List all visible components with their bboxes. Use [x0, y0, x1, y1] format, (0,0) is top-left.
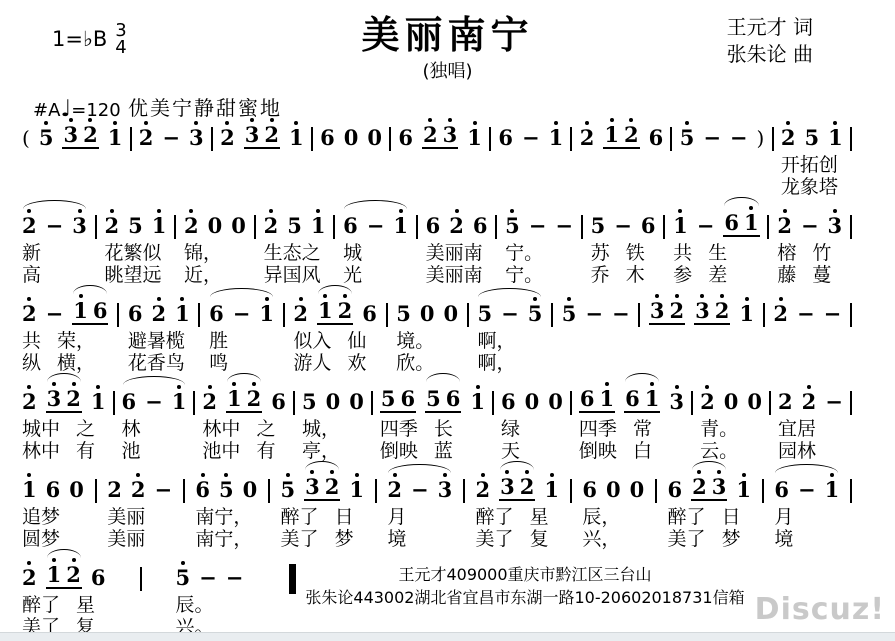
note-number: 2: [22, 391, 37, 413]
note: 1: [549, 121, 564, 149]
beam-group: 32: [244, 118, 280, 149]
note-number: 2: [131, 479, 146, 501]
note-number: 5: [562, 303, 577, 325]
lyrics-verse-2: [649, 353, 754, 374]
score-line: 2321城中 之林中 有6−1林池2126林中 之池中 有500城，亭，5656…: [22, 383, 852, 467]
note-group: 2: [107, 473, 122, 501]
note-number: 6: [128, 303, 143, 325]
note-number: −: [154, 479, 172, 501]
notes-row: 251: [105, 207, 167, 237]
note-number: 1: [825, 479, 840, 501]
note: 5: [302, 385, 317, 413]
note-group: 1: [828, 121, 843, 149]
note: 6: [473, 209, 488, 237]
note-number: 5: [281, 479, 296, 501]
measure: 6231: [398, 119, 482, 198]
note-number: 3: [47, 388, 62, 410]
note-number: 5: [381, 388, 396, 410]
note: 1: [825, 473, 840, 501]
note-number: 2: [107, 479, 122, 501]
note-group: 6: [668, 473, 683, 501]
lyrics-verse-2: [498, 177, 563, 198]
note: 0: [69, 473, 84, 501]
note-group: 0: [724, 385, 739, 413]
measure: 2−16共 荣，纵 横，: [22, 295, 108, 374]
note-group: 0: [349, 385, 364, 413]
notes-row: (5321: [22, 119, 122, 149]
note-group: 0: [747, 385, 762, 413]
note: 3: [650, 294, 665, 322]
note-number: 1: [289, 127, 304, 149]
note: 6: [128, 297, 143, 325]
note-group: −: [703, 121, 721, 149]
note-number: 2: [387, 479, 402, 501]
note: 5: [804, 121, 819, 149]
note: −: [797, 297, 815, 325]
note: 6: [641, 209, 656, 237]
note-number: 5: [396, 303, 411, 325]
measure: 5−−宁。宁。: [505, 207, 573, 286]
lyrics-verse-2: 眺望远: [105, 265, 167, 286]
measure: 56561四季 长倒映 蓝: [380, 383, 485, 462]
meter-denominator: 4: [115, 39, 126, 56]
note: 1: [739, 297, 754, 325]
notes-row: 22−: [778, 383, 843, 413]
lyrics-verse-2: 池中 有: [202, 441, 286, 462]
bottom-bar: [0, 632, 895, 641]
note-group: 0: [630, 473, 645, 501]
lyrics-verse-1: 月: [387, 507, 452, 528]
note-group: 5: [176, 561, 191, 589]
note-number: 3: [650, 300, 665, 322]
note: 1: [152, 209, 167, 237]
note: 6: [398, 121, 413, 149]
lyrics-verse-1: 绿: [501, 419, 563, 440]
lyrics-verse-2: 林中 有: [22, 441, 106, 462]
measure: 61613四季 常倒映 白: [579, 383, 684, 462]
note: 6: [446, 382, 461, 410]
note-number: 2: [778, 391, 793, 413]
note: 2: [476, 473, 491, 501]
lyrics-verse-2: [22, 177, 122, 198]
note-number: 2: [151, 303, 166, 325]
lyrics-verse-1: 追梦: [22, 507, 84, 528]
note-number: −: [233, 303, 251, 325]
note: 2: [220, 121, 235, 149]
note-group: 2: [293, 297, 308, 325]
lyrics-verse-1: [220, 155, 304, 176]
note: 1: [349, 473, 364, 501]
note-group: 1: [152, 209, 167, 237]
note: 3: [712, 470, 727, 498]
lyrics-verse-2: [562, 353, 630, 374]
note-group: 2: [802, 385, 817, 413]
note-group: −: [522, 121, 540, 149]
note: 2: [66, 382, 81, 410]
note: 5: [281, 473, 296, 501]
note: 0: [243, 473, 258, 501]
note: 0: [525, 385, 540, 413]
note-group: 6: [362, 297, 377, 325]
note: 6: [400, 382, 415, 410]
notes-row: 2126: [202, 383, 286, 413]
barline: [581, 215, 583, 239]
note-group: 6: [91, 561, 106, 589]
lyrics-verse-2: 南宁，: [195, 529, 257, 550]
notes-row: 2−3: [139, 119, 204, 149]
note-group: 5: [505, 209, 520, 237]
note-number: −: [411, 479, 429, 501]
measure: 5321醉了 日美了 梦: [281, 471, 365, 550]
discuz-watermark: Discuz!: [755, 592, 885, 627]
measure: 251开拓创龙象塔: [781, 119, 843, 198]
notes-row: 1−61: [673, 207, 759, 237]
note-number: −: [501, 303, 519, 325]
note: −: [801, 209, 819, 237]
note: 0: [367, 121, 382, 149]
note-group: 6: [641, 209, 656, 237]
note-group: 1: [739, 297, 754, 325]
measure: 22−宜居园林: [778, 383, 843, 462]
note: 1: [73, 294, 88, 322]
note-number: −: [614, 215, 632, 237]
note-number: −: [162, 127, 180, 149]
note-group: −: [529, 209, 547, 237]
lyrics-verse-1: [320, 155, 382, 176]
notes-row: 5−−): [680, 119, 765, 149]
measure: 2321醉了 星美了 复: [476, 471, 560, 550]
note: −: [162, 121, 180, 149]
measure: 500城，亭，: [302, 383, 364, 462]
note-number: 0: [367, 127, 382, 149]
note-number: 1: [22, 479, 37, 501]
notes-row: 61613: [579, 383, 684, 413]
note-number: 0: [724, 391, 739, 413]
note-number: 3: [443, 124, 458, 146]
note-number: 6: [122, 391, 137, 413]
note-number: 6: [46, 479, 61, 501]
lyrics-verse-1: [22, 155, 122, 176]
note-group: 6: [398, 121, 413, 149]
slur-group: 6−1: [122, 385, 187, 413]
note-group: −: [162, 121, 180, 149]
note-number: −: [825, 391, 843, 413]
notes-row: 200: [700, 383, 762, 413]
slur-group: 32: [46, 382, 82, 413]
note-number: 2: [184, 215, 199, 237]
note: 0: [606, 473, 621, 501]
notes-row: 2−3: [387, 471, 452, 501]
note-number: 2: [22, 303, 37, 325]
note-number: 1: [673, 215, 688, 237]
measure: 650南宁，南宁，: [195, 471, 257, 550]
measure: 2−−: [773, 295, 841, 374]
note: 5: [505, 209, 520, 237]
note: −: [46, 297, 64, 325]
note: 6: [271, 385, 286, 413]
barline: [254, 215, 256, 239]
slur-group: 61: [624, 382, 660, 413]
note-number: 5: [505, 215, 520, 237]
notes-row: 5−−: [562, 295, 630, 325]
note: 2: [520, 470, 535, 498]
note: 5: [591, 209, 606, 237]
notes-row: 2321: [476, 471, 560, 501]
note-number: −: [697, 215, 715, 237]
note-number: 2: [580, 127, 595, 149]
barline: [375, 479, 377, 503]
credits: 王元才 词 张朱论 曲: [727, 14, 813, 68]
beam-group: 61: [579, 382, 615, 413]
note: −: [555, 209, 573, 237]
notes-row: 5−6: [591, 207, 656, 237]
note: 2: [387, 473, 402, 501]
slur-group: 12: [226, 382, 262, 413]
barline: [130, 127, 132, 151]
measure: 621避暑榄花香鸟: [128, 295, 190, 374]
notes-row: 500: [396, 295, 458, 325]
barline: [95, 479, 97, 503]
measure: 600绿天: [501, 383, 563, 462]
lyrics-verse-2: 欣。: [396, 353, 458, 374]
note: 5: [680, 121, 695, 149]
note-number: −: [522, 127, 540, 149]
note-group: 2: [773, 297, 788, 325]
note-number: 1: [172, 391, 187, 413]
note: 5: [39, 121, 54, 149]
lyrics-verse-1: 避暑榄: [128, 331, 190, 352]
barline: [638, 303, 640, 327]
lyrics-verse-1: 共 荣，: [22, 331, 108, 352]
note: 0: [548, 385, 563, 413]
lyrics-verse-1: 南宁，: [195, 507, 257, 528]
note-number: 0: [630, 479, 645, 501]
note-number: 5: [39, 127, 54, 149]
note-number: 0: [326, 391, 341, 413]
lyrics-verse-2: 乔 木: [591, 265, 656, 286]
note-group: 2: [151, 297, 166, 325]
note: 3: [443, 118, 458, 146]
note: 1: [22, 473, 37, 501]
barline: [570, 127, 572, 151]
note-number: −: [801, 215, 819, 237]
barline: [211, 127, 213, 151]
barline: [333, 215, 335, 239]
lyrics-verse-2: 鸣: [209, 353, 274, 374]
barline: [193, 391, 195, 415]
composer: 张朱论 曲: [727, 41, 813, 68]
slur-group: 32: [499, 470, 535, 501]
notes-row: 5321: [281, 471, 365, 501]
note: 6: [209, 297, 224, 325]
notes-row: 626: [426, 207, 488, 237]
lyrics-verse-2: 倒映 蓝: [380, 441, 485, 462]
note: 1: [604, 118, 619, 146]
note-number: 2: [325, 476, 340, 498]
notes-row: 2126: [293, 295, 377, 325]
note-group: 2: [105, 209, 120, 237]
note: −: [824, 297, 842, 325]
key-text: 1=♭B: [52, 27, 107, 51]
measure: 2126醉了 星美了 复: [22, 559, 106, 638]
notes-row: 600: [501, 383, 563, 413]
note-group: 2: [131, 473, 146, 501]
note-number: 6: [625, 388, 640, 410]
note-group: 6: [426, 209, 441, 237]
lyrics-verse-2: 高: [22, 265, 87, 286]
lyrics-verse-2: 美了 复: [476, 529, 560, 550]
note-number: 6: [93, 300, 108, 322]
note: −: [798, 473, 816, 501]
note: 0: [724, 385, 739, 413]
note-number: 2: [338, 300, 353, 322]
notes-row: 2−3: [777, 207, 842, 237]
note: 2: [66, 558, 81, 586]
note-number: 2: [66, 388, 81, 410]
notes-row: 2126: [22, 559, 106, 589]
barline: [850, 479, 852, 503]
lyrics-verse-2: 云。: [700, 441, 762, 462]
note-group: 0: [443, 297, 458, 325]
note-number: 2: [520, 476, 535, 498]
measure: 2−3月境: [387, 471, 452, 550]
note: 3: [63, 118, 78, 146]
note: 5: [562, 297, 577, 325]
measure: 600: [320, 119, 382, 198]
note: 2: [715, 294, 730, 322]
note-number: 2: [139, 127, 154, 149]
note-number: 3: [695, 300, 710, 322]
note: 6: [362, 297, 377, 325]
note: 2: [22, 385, 37, 413]
note-group: 1: [544, 473, 559, 501]
note: −: [501, 297, 519, 325]
key-signature: 1=♭B 3 4: [52, 22, 127, 56]
barline: [198, 303, 200, 327]
note: 0: [231, 209, 246, 237]
note-number: 6: [426, 215, 441, 237]
note-number: 2: [802, 391, 817, 413]
note-number: 2: [264, 124, 279, 146]
score-line: 2−16共 荣，纵 横，621避暑榄花香鸟6−1胜鸣2126似入 仙游人 欢50…: [22, 295, 852, 379]
measure: 160追梦圆梦: [22, 471, 84, 550]
note: 2: [423, 118, 438, 146]
note-number: 5: [804, 127, 819, 149]
note: 3: [828, 209, 843, 237]
lyrics-verse-2: [139, 177, 204, 198]
note-group: 2: [139, 121, 154, 149]
note-number: 2: [777, 215, 792, 237]
note-number: −: [367, 215, 385, 237]
note: −: [825, 385, 843, 413]
note-number: 2: [264, 215, 279, 237]
note-group: 0: [367, 121, 382, 149]
note-number: 2: [476, 479, 491, 501]
note: −: [612, 297, 630, 325]
note-number: −: [798, 479, 816, 501]
note-group: 1: [22, 473, 37, 501]
note-group: 2: [449, 209, 464, 237]
lyrics-verse-1: [398, 155, 482, 176]
barline: [767, 215, 769, 239]
lyrics-verse-2: 天: [501, 441, 563, 462]
measure: 200青。云。: [700, 383, 762, 462]
lyrics-verse-2: 宁。: [505, 265, 573, 286]
notes-row: 2321: [22, 383, 106, 413]
note-group: 5: [562, 297, 577, 325]
note-group: 0: [344, 121, 359, 149]
note-group: 0: [69, 473, 84, 501]
note: 2: [449, 209, 464, 237]
note-number: 6: [580, 388, 595, 410]
note: 6: [580, 382, 595, 410]
note: 5: [287, 209, 302, 237]
note-number: 6: [446, 388, 461, 410]
note-group: 2: [220, 121, 235, 149]
measure: 5−5啊，啊，: [477, 295, 542, 374]
note: 5: [176, 561, 191, 589]
note: 1: [470, 385, 485, 413]
note-group: 5: [302, 385, 317, 413]
measure: 2−3榕 竹藤 蔓: [777, 207, 842, 286]
measure: 5−−): [680, 119, 765, 198]
lyrics-verse-1: 醉了 日: [668, 507, 752, 528]
lyrics-verse-1: 醉了 星: [22, 595, 106, 616]
barline: [117, 303, 119, 327]
note-number: 0: [349, 391, 364, 413]
measure: 626美丽南美丽南: [426, 207, 488, 286]
lyrics-verse-1: 花繁似: [105, 243, 167, 264]
note-number: 5: [128, 215, 143, 237]
note: 1: [318, 294, 333, 322]
barline: [570, 479, 572, 503]
measure: 6231醉了 日美了 梦: [668, 471, 752, 550]
note-number: 2: [423, 124, 438, 146]
lyrics-verse-2: [680, 177, 765, 198]
note: 3: [47, 382, 62, 410]
barline: [416, 215, 418, 239]
note-number: 5: [219, 479, 234, 501]
note-group: 0: [326, 385, 341, 413]
lyrics-verse-1: 新: [22, 243, 87, 264]
note-group: −: [697, 209, 715, 237]
note: 6: [724, 206, 739, 234]
notes-row: 6−1: [122, 383, 187, 413]
notes-row: 6231: [668, 471, 752, 501]
note-group: 6: [501, 385, 516, 413]
notes-row: 650: [195, 471, 257, 501]
note-number: 2: [293, 303, 308, 325]
note-group: 0: [231, 209, 246, 237]
lyrics-verse-2: 美丽: [107, 529, 172, 550]
note: −: [730, 121, 748, 149]
note: 2: [773, 297, 788, 325]
lyrics-verse-1: 啊，: [477, 331, 542, 352]
lyrics-verse-2: 境: [387, 529, 452, 550]
note: 2: [83, 118, 98, 146]
note: 3: [72, 209, 87, 237]
note-number: 1: [175, 303, 190, 325]
lyrics-verse-1: [680, 155, 765, 176]
note-number: −: [730, 127, 748, 149]
lyrics-verse-1: [562, 331, 630, 352]
note-number: 6: [195, 479, 210, 501]
contact-info: 王元才409000重庆市黔江区三台山 张朱论443002湖北省宜昌市东湖一路10…: [225, 563, 825, 609]
note-number: 3: [828, 215, 843, 237]
note-number: 0: [443, 303, 458, 325]
note-number: 1: [604, 124, 619, 146]
note-number: 2: [624, 124, 639, 146]
